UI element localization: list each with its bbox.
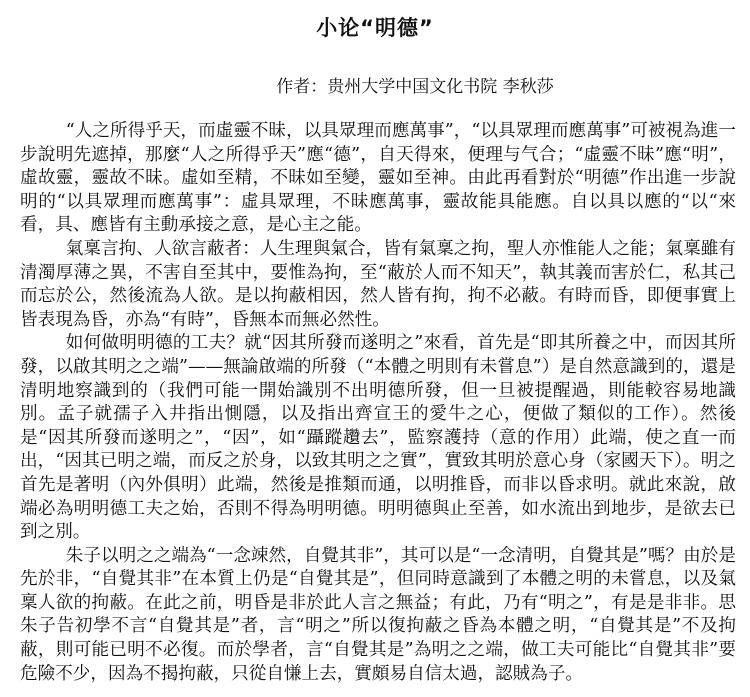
paragraph-4: 朱子以明之之端為“一念竦然，自覺其非”，其可以是“一念清明，自覺其是”嗎？由於是… [20,545,736,687]
paragraph-2: 氣稟言拘、人欲言蔽者：人生理與氣合，皆有氣稟之拘，聖人亦惟能人之能；氣稟雖有清濁… [20,238,736,332]
paragraph-1: “人之所得乎天，而虛靈不昧，以具眾理而應萬事”，“以具眾理而應萬事”可被視為進一… [20,120,736,238]
paragraph-3: 如何做明明德的工夫？就“因其所發而遂明之”來看，首先是“即其所養之中，而因其所發… [20,332,736,544]
document-title: 小论“明德” [0,12,750,42]
author-line: 作者：贵州大学中国文化书院 李秋莎 [0,72,750,97]
document-body: “人之所得乎天，而虛靈不昧，以具眾理而應萬事”，“以具眾理而應萬事”可被視為進一… [20,120,736,686]
